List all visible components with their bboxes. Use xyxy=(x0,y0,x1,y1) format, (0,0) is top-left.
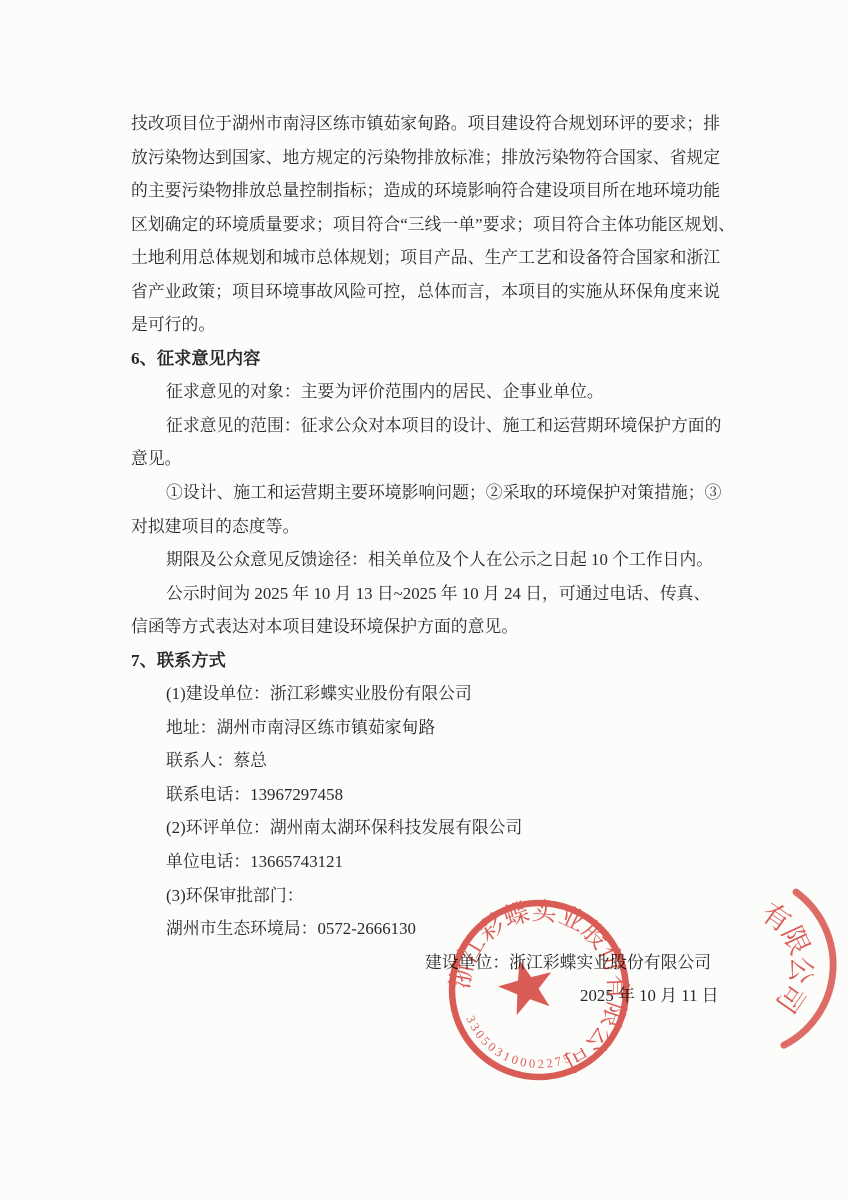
text-line: 期限及公众意见反馈途径：相关单位及个人在公示之日起 10 个工作日内。 xyxy=(131,543,751,577)
text-line: 地址：湖州市南浔区练市镇茹家甸路 xyxy=(131,711,751,745)
text-line: 信函等方式表达对本项目建设环境保护方面的意见。 xyxy=(131,610,751,644)
text-line: 征求意见的范围：征求公众对本项目的设计、施工和运营期环境保护方面的 xyxy=(131,409,751,443)
text-line: 的主要污染物排放总量控制指标；造成的环境影响符合建设项目所在地环境功能 xyxy=(131,174,751,208)
section-heading: 6、征求意见内容 xyxy=(131,342,751,376)
text-line: 区划确定的环境质量要求；项目符合“三线一单”要求；项目符合主体功能区规划、 xyxy=(131,208,751,242)
text-line: 征求意见的对象：主要为评价范围内的居民、企事业单位。 xyxy=(131,375,751,409)
text-line: 对拟建项目的态度等。 xyxy=(131,510,751,544)
text-line: 公示时间为 2025 年 10 月 13 日~2025 年 10 月 24 日，… xyxy=(131,577,751,611)
text-line: 是可行的。 xyxy=(131,308,751,342)
company-seal: 浙江彩蝶实业股份有限公司 33050310002275 xyxy=(439,890,639,1090)
text-line: 联系电话：13967297458 xyxy=(131,778,751,812)
text-line: (2)环评单位：湖州南太湖环保科技发展有限公司 xyxy=(131,811,751,845)
text-line: 省产业政策；项目环境事故风险可控，总体而言，本项目的实施从环保角度来说 xyxy=(131,275,751,309)
document-page: 技改项目位于湖州市南浔区练市镇茹家甸路。项目建设符合规划环评的要求；排放污染物达… xyxy=(0,0,849,1200)
text-line: 土地利用总体规划和城市总体规划；项目产品、生产工艺和设备符合国家和浙江 xyxy=(131,241,751,275)
text-line: 意见。 xyxy=(131,442,751,476)
text-line: (1)建设单位：浙江彩蝶实业股份有限公司 xyxy=(131,677,751,711)
partial-seal: 有 限 公 司 xyxy=(637,859,849,1071)
star-icon xyxy=(493,953,560,1018)
text-line: ①设计、施工和运营期主要环境影响问题；②采取的环境保护对策措施；③ xyxy=(131,476,751,510)
seal-code-number: 33050310002275 xyxy=(463,1013,575,1071)
text-line: 放污染物达到国家、地方规定的污染物排放标准；排放污染物符合国家、省规定 xyxy=(131,141,751,175)
text-line: 联系人：蔡总 xyxy=(131,744,751,778)
section-heading: 7、联系方式 xyxy=(131,644,751,678)
text-line: 技改项目位于湖州市南浔区练市镇茹家甸路。项目建设符合规划环评的要求；排 xyxy=(131,107,751,141)
